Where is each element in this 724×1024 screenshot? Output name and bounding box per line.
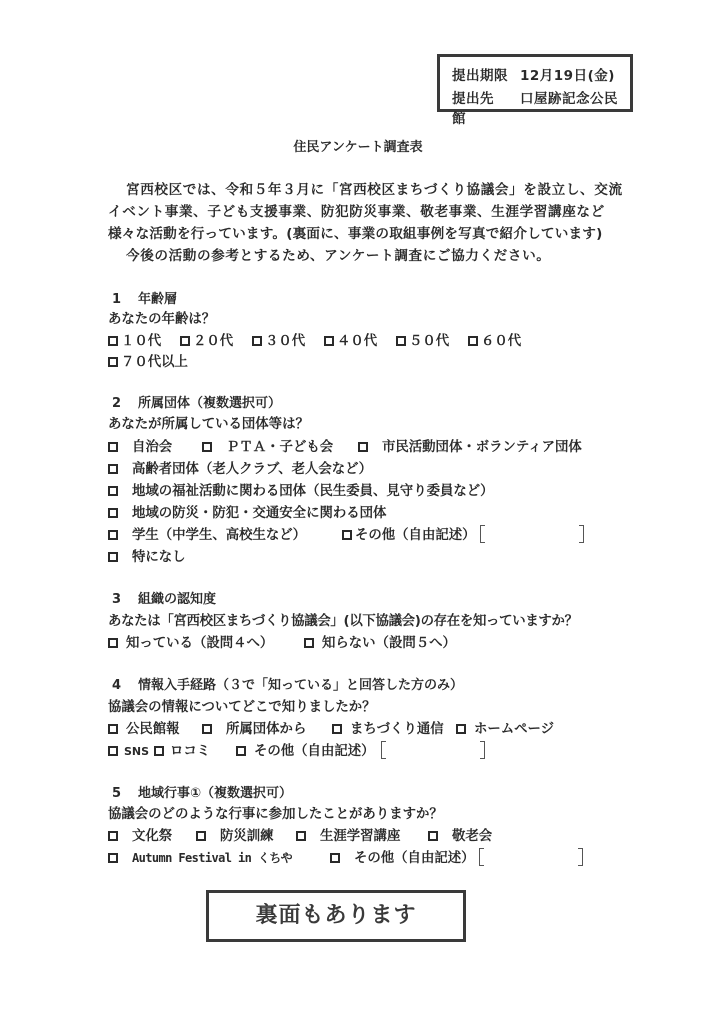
free-text-field[interactable] (479, 848, 583, 866)
option-label: ＰＴＡ・子ども会 (226, 440, 333, 455)
option-label: 学生（中学生、高校生など） (132, 528, 306, 543)
question-4-options-row-1: 公民館報所属団体からまちづくり通信ホームページ (108, 718, 554, 737)
checkbox[interactable] (108, 442, 118, 452)
checkbox[interactable] (108, 464, 118, 474)
option-label: ２０代 (193, 334, 233, 349)
option-autumn-festival[interactable]: Autumn Festival in くちや (108, 849, 330, 866)
question-2-heading: 2所属団体（複数選択可） (108, 392, 281, 411)
option-label: 公民館報 (126, 722, 180, 737)
option-label: その他（自由記述） (355, 528, 476, 543)
option-label: 所属団体から (226, 722, 306, 737)
intro-line-1: 宮西校区では、令和５年３月に「宮西校区まちづくり協議会」を設立し、交流 (126, 178, 623, 198)
back-side-notice-text: 裏面もあります (255, 903, 416, 928)
option-label: 知っている（設問４へ） (126, 636, 273, 651)
checkbox[interactable] (108, 486, 118, 496)
question-heading-text: 年齢層 (138, 292, 177, 307)
option-label: Autumn Festival in くちや (132, 851, 292, 865)
option-label: ６０代 (481, 334, 521, 349)
free-text-field[interactable] (381, 741, 485, 759)
question-2-prompt: あなたが所属している団体等は？ (108, 413, 309, 432)
question-number: 3 (108, 592, 138, 607)
checkbox[interactable] (428, 831, 438, 841)
option-label: ５０代 (409, 334, 449, 349)
option-label: 敬老会 (452, 829, 492, 844)
option-age-60s[interactable]: ６０代 (468, 330, 521, 349)
option-not-aware[interactable]: 知らない（設問５へ） (304, 632, 456, 651)
checkbox[interactable] (342, 530, 352, 540)
checkbox[interactable] (330, 853, 340, 863)
checkbox[interactable] (108, 336, 118, 346)
option-label: ロコミ (170, 744, 210, 759)
question-2-options-row-6: 特になし (108, 546, 186, 565)
question-4-heading: 4情報入手経路（３で「知っている」と回答した方のみ） (108, 674, 463, 693)
deadline-value: 12月19日(金) (520, 68, 615, 84)
checkbox[interactable] (332, 724, 342, 734)
option-other[interactable]: その他（自由記述） (342, 524, 476, 543)
question-1-options-row-2: ７０代以上 (108, 351, 188, 370)
checkbox[interactable] (236, 746, 246, 756)
destination-label: 提出先 (452, 87, 520, 107)
option-label: その他（自由記述） (254, 744, 375, 759)
option-label: １０代 (121, 334, 161, 349)
checkbox[interactable] (456, 724, 466, 734)
option-from-group[interactable]: 所属団体から (202, 718, 332, 737)
option-pta[interactable]: ＰＴＡ・子ども会 (202, 436, 358, 455)
option-age-40s[interactable]: ４０代 (324, 330, 396, 349)
option-respect-for-aged[interactable]: 敬老会 (428, 825, 492, 844)
question-number: 2 (108, 396, 138, 411)
option-other[interactable]: その他（自由記述） (236, 740, 375, 759)
question-5-heading: 5地域行事①（複数選択可） (108, 782, 292, 801)
option-label: 自治会 (132, 440, 172, 455)
question-5-options-row-2: Autumn Festival in くちやその他（自由記述） (108, 847, 583, 866)
option-culture-festival[interactable]: 文化祭 (108, 825, 196, 844)
question-2-options-row-2: 高齢者団体（老人クラブ、老人会など） (108, 458, 372, 477)
question-number: 4 (108, 678, 138, 693)
option-label: まちづくり通信 (350, 722, 444, 737)
checkbox[interactable] (108, 357, 118, 367)
page-title-text: 住民アンケート調査表 (293, 140, 422, 155)
question-4-prompt: 協議会の情報についてどこで知りましたか？ (108, 696, 376, 715)
checkbox[interactable] (324, 336, 334, 346)
intro-line-3: 様々な活動を行っています。(裏面に、事業の取組事例を写真で紹介しています) (108, 222, 603, 242)
option-label: 高齢者団体（老人クラブ、老人会など） (132, 462, 372, 477)
deadline-label: 提出期限 (452, 64, 520, 84)
free-text-field[interactable] (480, 525, 584, 543)
option-word-of-mouth[interactable]: ロコミ (154, 740, 236, 759)
option-safety-group[interactable]: 地域の防災・防犯・交通安全に関わる団体 (108, 502, 386, 521)
question-1-heading: 1年齢層 (108, 288, 177, 307)
question-number: 5 (108, 786, 138, 801)
question-heading-text: 地域行事①（複数選択可） (138, 786, 292, 801)
question-heading-text: 所属団体（複数選択可） (138, 396, 281, 411)
checkbox[interactable] (108, 853, 118, 863)
option-welfare-group[interactable]: 地域の福祉活動に関わる団体（民生委員、見守り委員など） (108, 480, 494, 499)
checkbox[interactable] (202, 442, 212, 452)
option-disaster-drill[interactable]: 防災訓練 (196, 825, 296, 844)
submission-info-box: 提出期限12月19日(金) 提出先口屋跡記念公民館 (437, 54, 633, 112)
option-aware[interactable]: 知っている（設問４へ） (108, 632, 304, 651)
option-homepage[interactable]: ホームページ (456, 718, 554, 737)
option-age-70s-plus[interactable]: ７０代以上 (108, 351, 188, 370)
question-heading-text: 情報入手経路（３で「知っている」と回答した方のみ） (138, 678, 463, 693)
question-3-heading: 3組織の認知度 (108, 588, 216, 607)
option-volunteer-group[interactable]: 市民活動団体・ボランティア団体 (358, 436, 582, 455)
option-student[interactable]: 学生（中学生、高校生など） (108, 524, 342, 543)
question-2-options-row-4: 地域の防災・防犯・交通安全に関わる団体 (108, 502, 386, 521)
question-5-prompt: 協議会のどのような行事に参加したことがありますか？ (108, 803, 443, 822)
option-label: 地域の福祉活動に関わる団体（民生委員、見守り委員など） (132, 484, 494, 499)
option-label: ４０代 (337, 334, 377, 349)
question-3-options-row: 知っている（設問４へ）知らない（設問５へ） (108, 632, 456, 651)
intro-line-4: 今後の活動の参考とするため、アンケート調査にご協力ください。 (126, 244, 550, 264)
option-elderly-group[interactable]: 高齢者団体（老人クラブ、老人会など） (108, 458, 372, 477)
checkbox[interactable] (108, 638, 118, 648)
checkbox[interactable] (468, 336, 478, 346)
checkbox[interactable] (180, 336, 190, 346)
deadline-row: 提出期限12月19日(金) (452, 64, 615, 84)
question-number: 1 (108, 292, 138, 307)
checkbox[interactable] (108, 552, 118, 562)
checkbox[interactable] (108, 831, 118, 841)
back-side-notice: 裏面もあります (206, 890, 466, 942)
option-age-10s[interactable]: １０代 (108, 330, 180, 349)
option-label: 生涯学習講座 (320, 829, 400, 844)
checkbox[interactable] (154, 746, 164, 756)
option-label: 市民活動団体・ボランティア団体 (382, 440, 582, 455)
option-age-50s[interactable]: ５０代 (396, 330, 468, 349)
option-label: ３０代 (265, 334, 305, 349)
checkbox[interactable] (296, 831, 306, 841)
option-label: 防災訓練 (220, 829, 274, 844)
option-label: 文化祭 (132, 829, 172, 844)
option-label: ホームページ (474, 722, 554, 737)
question-1-options-row-1: １０代２０代３０代４０代５０代６０代 (108, 330, 521, 349)
option-machizukuri-news[interactable]: まちづくり通信 (332, 718, 456, 737)
option-label: 地域の防災・防犯・交通安全に関わる団体 (132, 506, 386, 521)
option-label: その他（自由記述） (354, 851, 475, 866)
question-2-options-row-3: 地域の福祉活動に関わる団体（民生委員、見守り委員など） (108, 480, 494, 499)
checkbox[interactable] (358, 442, 368, 452)
checkbox[interactable] (304, 638, 314, 648)
checkbox[interactable] (108, 530, 118, 540)
option-other[interactable]: その他（自由記述） (330, 847, 475, 866)
checkbox[interactable] (108, 508, 118, 518)
question-2-options-row-5: 学生（中学生、高校生など）その他（自由記述） (108, 524, 584, 543)
intro-line-2: イベント事業、子ども支援事業、防犯防災事業、敬老事業、生涯学習講座など (108, 200, 605, 220)
option-label: 知らない（設問５へ） (322, 636, 456, 651)
option-newsletter[interactable]: 公民館報 (108, 718, 202, 737)
question-3-prompt: あなたは「宮西校区まちづくり協議会」(以下協議会)の存在を知っていますか？ (108, 610, 578, 629)
option-label: SNS (124, 745, 149, 758)
question-heading-text: 組織の認知度 (138, 592, 216, 607)
option-sns[interactable]: SNS (108, 744, 154, 759)
option-label: ７０代以上 (121, 355, 188, 370)
option-age-30s[interactable]: ３０代 (252, 330, 324, 349)
question-5-options-row-1: 文化祭防災訓練生涯学習講座敬老会 (108, 825, 492, 844)
checkbox[interactable] (202, 724, 212, 734)
option-neighborhood-assoc[interactable]: 自治会 (108, 436, 202, 455)
option-lifelong-learning[interactable]: 生涯学習講座 (296, 825, 428, 844)
checkbox[interactable] (196, 831, 206, 841)
option-none[interactable]: 特になし (108, 546, 186, 565)
question-2-options-row-1: 自治会ＰＴＡ・子ども会市民活動団体・ボランティア団体 (108, 436, 582, 455)
question-1-prompt: あなたの年齢は？ (108, 308, 215, 327)
option-age-20s[interactable]: ２０代 (180, 330, 252, 349)
page-title: 住民アンケート調査表 (0, 136, 724, 155)
checkbox[interactable] (108, 746, 118, 756)
option-label: 特になし (132, 550, 186, 565)
checkbox[interactable] (252, 336, 262, 346)
checkbox[interactable] (108, 724, 118, 734)
question-4-options-row-2: SNSロコミその他（自由記述） (108, 740, 485, 759)
destination-row: 提出先口屋跡記念公民館 (452, 87, 630, 127)
checkbox[interactable] (396, 336, 406, 346)
